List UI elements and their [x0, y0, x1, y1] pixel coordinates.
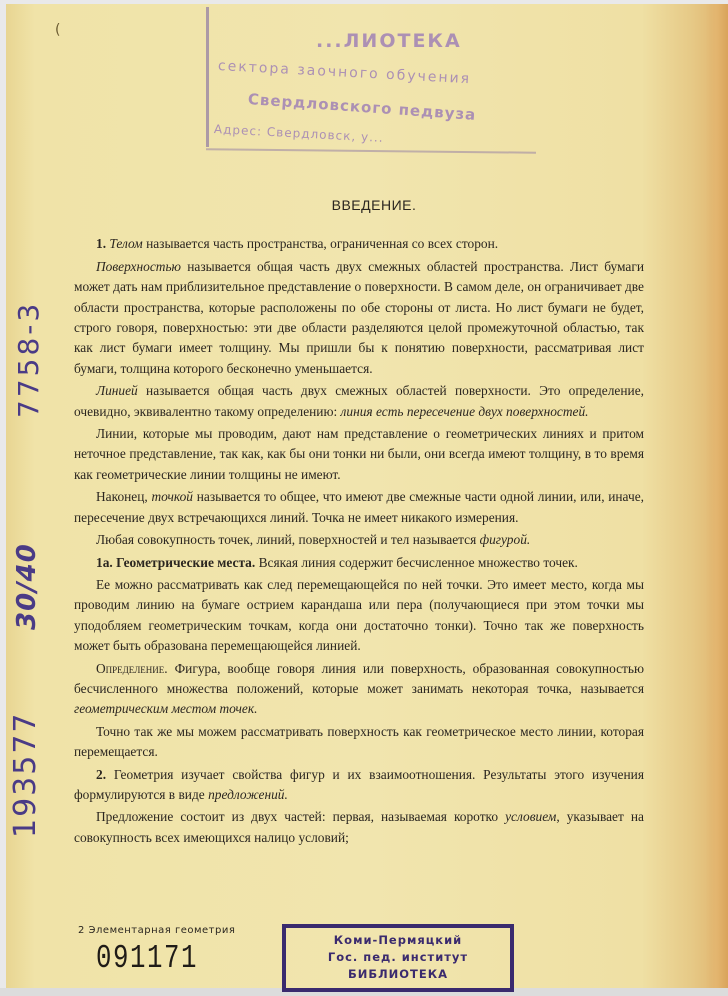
signature-line: 2 Элементарная геометрия [78, 925, 235, 936]
defined-term: точкой [151, 489, 193, 504]
stamp-line: Адрес: Свердловск, у... [214, 122, 384, 145]
stamp-line: БИБЛИОТЕКА [286, 966, 510, 983]
section-number: 1. [96, 236, 106, 251]
section-title: Геометрические места. [113, 555, 255, 570]
paragraph: 1. Телом называется часть пространства, … [74, 234, 644, 254]
stamp-frame-left [206, 7, 209, 147]
paragraph-text: Предложение состоит из двух частей: перв… [96, 809, 505, 824]
paragraph: Линии, которые мы проводим, дают нам пре… [74, 424, 644, 485]
paragraph-text: Геометрия изучает свойства фигур и их вз… [74, 767, 644, 802]
paragraph: 2. Геометрия изучает свойства фигур и их… [74, 765, 644, 806]
section-number: 1а. [96, 555, 113, 570]
paragraph-text: называется общая часть двух смежных обла… [74, 259, 644, 376]
stamp-line: Гос. пед. институт [286, 949, 510, 966]
library-stamp-top: ...ЛИОТЕКА сектора заочного обучения Све… [206, 2, 558, 152]
italic-text: предложений. [208, 787, 288, 802]
paragraph-text: Линии, которые мы проводим, дают нам пре… [74, 426, 644, 482]
paragraph-lead: Определение. [96, 661, 175, 676]
defined-term: Поверхностью [96, 259, 181, 274]
defined-term: Телом [109, 236, 142, 251]
stamp-line: Коми-Пермяцкий [286, 932, 510, 949]
handwritten-fraction-mark: 30/40 [12, 543, 42, 630]
paragraph: Линией называется общая часть двух смежн… [74, 381, 644, 422]
paragraph: Определение. Фигура, вообще говоря линия… [74, 659, 644, 720]
paragraph: Предложение состоит из двух частей: перв… [74, 807, 644, 848]
page-edge-shadow [706, 4, 728, 988]
paragraph-text: Любая совокупность точек, линий, поверхн… [96, 532, 480, 547]
italic-text: геометрическим местом точек. [74, 701, 257, 716]
stamp-line: Свердловского педвуза [247, 90, 477, 124]
pencil-mark: ( [55, 22, 60, 38]
page-body: ВВЕДЕНИЕ. 1. Телом называется часть прос… [74, 195, 644, 850]
handwritten-shelf-mark: 7758-3 [12, 301, 45, 418]
library-stamp-bottom: Коми-Пермяцкий Гос. пед. институт БИБЛИО… [282, 924, 514, 992]
handwritten-inventory-mark: 193577 [8, 711, 43, 838]
paragraph: Ее можно рассматривать как след перемеща… [74, 575, 644, 657]
defined-term: Линией [96, 383, 138, 398]
paragraph-text: Точно так же мы можем рассматривать пове… [74, 724, 644, 759]
stamp-line: ...ЛИОТЕКА [316, 30, 462, 52]
paragraph: 1а. Геометрические места. Всякая линия с… [74, 553, 644, 573]
inventory-number: 091171 [96, 940, 198, 977]
section-number: 2. [96, 767, 106, 782]
paragraph-text: Ее можно рассматривать как след перемеща… [74, 577, 644, 653]
paragraph: Любая совокупность точек, линий, поверхн… [74, 530, 644, 550]
paragraph: Наконец, точкой называется то общее, что… [74, 487, 644, 528]
stamp-line: сектора заочного обучения [218, 58, 472, 87]
paragraph-text: называется часть пространства, ограничен… [143, 236, 498, 251]
paragraph: Точно так же мы можем рассматривать пове… [74, 722, 644, 763]
defined-term: условием [505, 809, 556, 824]
italic-text: фигурой. [480, 532, 531, 547]
paragraph-text: Всякая линия содержит бесчисленное множе… [255, 555, 578, 570]
paragraph: Поверхностью называется общая часть двух… [74, 257, 644, 379]
page-heading: ВВЕДЕНИЕ. [104, 195, 644, 215]
italic-text: линия есть пересечение двух поверхностей… [341, 404, 589, 419]
paragraph-lead: Наконец, [96, 489, 151, 504]
